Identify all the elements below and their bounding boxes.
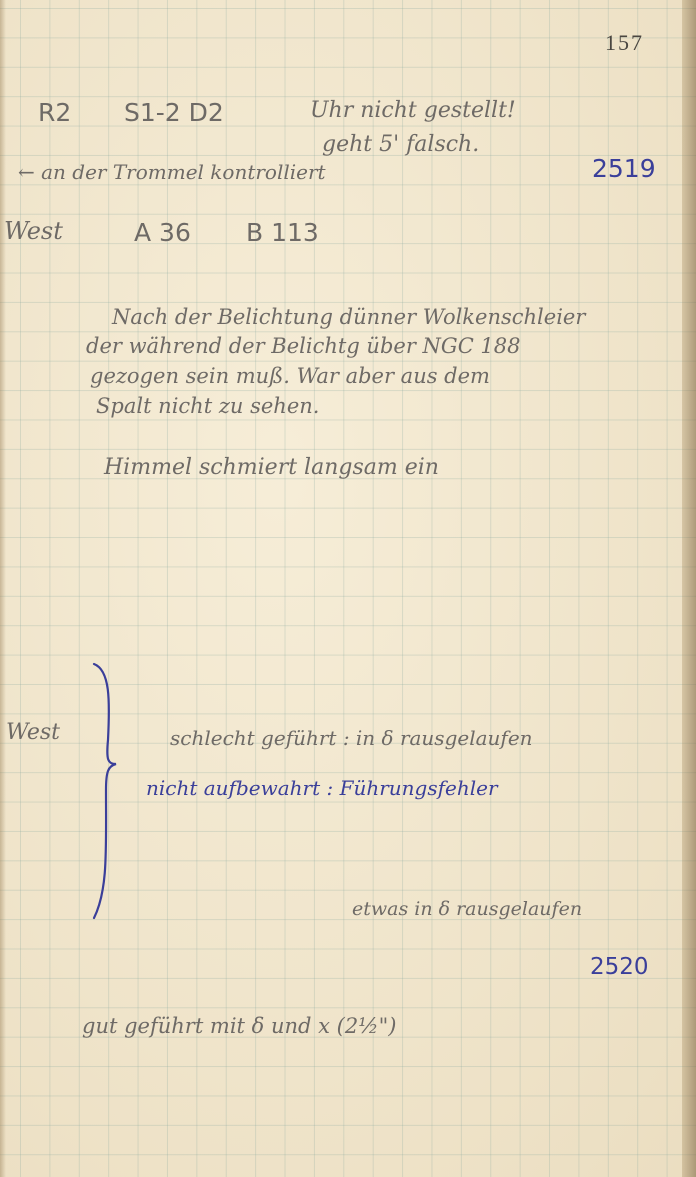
plate-number-2520: 2520: [590, 954, 649, 980]
paragraph-line: Spalt nicht zu sehen.: [96, 394, 319, 418]
value-a36: A 36: [134, 218, 191, 247]
paragraph-line: gezogen sein muß. War aber aus dem: [90, 364, 490, 388]
page-number: 157: [605, 30, 644, 56]
drum-control-note: ← an der Trommel kontrolliert: [18, 160, 326, 184]
code-r2: R2: [38, 98, 71, 127]
final-note: gut geführt mit δ und x (2½"): [82, 1014, 396, 1038]
west-label: West: [4, 217, 63, 245]
west-bracket-label: West: [6, 720, 60, 745]
page-binding-edge: [0, 0, 6, 1177]
clock-note-2: geht 5' falsch.: [322, 132, 479, 157]
drift-note: etwas in δ rausgelaufen: [352, 898, 582, 920]
clock-note: Uhr nicht gestellt!: [310, 98, 516, 123]
notebook-page: 157 R2 S1-2 D2 Uhr nicht gestellt! geht …: [0, 0, 696, 1177]
value-b113: B 113: [246, 218, 319, 247]
paragraph-line: Nach der Belichtung dünner Wolkenschleie…: [112, 305, 585, 329]
guiding-note-2: nicht aufbewahrt : Führungsfehler: [146, 776, 498, 800]
plate-number-2519: 2519: [592, 154, 656, 183]
code-s1-2-d2: S1-2 D2: [124, 98, 224, 127]
curly-brace-icon: [86, 660, 126, 922]
page-outer-edge: [682, 0, 696, 1177]
paragraph-line: der während der Belichtg über NGC 188: [86, 334, 521, 358]
guiding-note-1: schlecht geführt : in δ rausgelaufen: [170, 726, 533, 750]
sky-note: Himmel schmiert langsam ein: [104, 455, 439, 480]
